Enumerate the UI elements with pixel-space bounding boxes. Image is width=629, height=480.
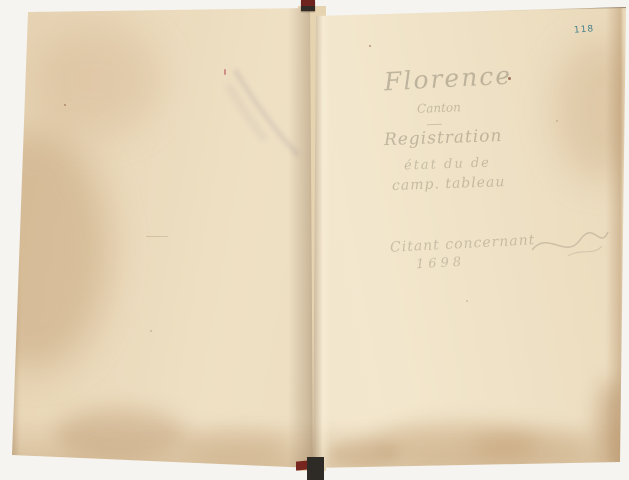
red-speck xyxy=(224,69,226,75)
crease-mark xyxy=(146,236,168,237)
page-number-annotation: 118 xyxy=(574,24,595,35)
handwriting-line: état du de xyxy=(404,155,491,173)
speck xyxy=(556,120,558,122)
scanned-register-spread: Florence Canton Registration état du de … xyxy=(0,0,629,480)
pencil-sketch xyxy=(210,50,320,170)
torn-top-edge xyxy=(312,2,629,14)
stain-top-left xyxy=(30,25,160,135)
ink-flourish xyxy=(528,222,613,267)
spine-binding-top xyxy=(301,0,315,11)
speck xyxy=(64,104,66,106)
right-page-gutter-crease xyxy=(313,0,331,480)
handwriting-year: 1698 xyxy=(416,255,466,273)
spine-binding-bottom xyxy=(307,457,324,480)
left-page-outer-edge-shadow xyxy=(10,10,20,460)
handwriting-line: Citant concernant xyxy=(390,232,536,256)
handwriting-title: Florence xyxy=(383,61,512,97)
speck xyxy=(508,77,511,80)
handwriting-line: Registration xyxy=(384,126,503,150)
handwriting-line: camp. tableau xyxy=(392,174,506,194)
ink-dash xyxy=(427,124,442,126)
speck xyxy=(466,300,468,302)
speck xyxy=(150,330,152,332)
speck xyxy=(369,45,371,47)
handwriting-line: Canton xyxy=(417,100,461,116)
